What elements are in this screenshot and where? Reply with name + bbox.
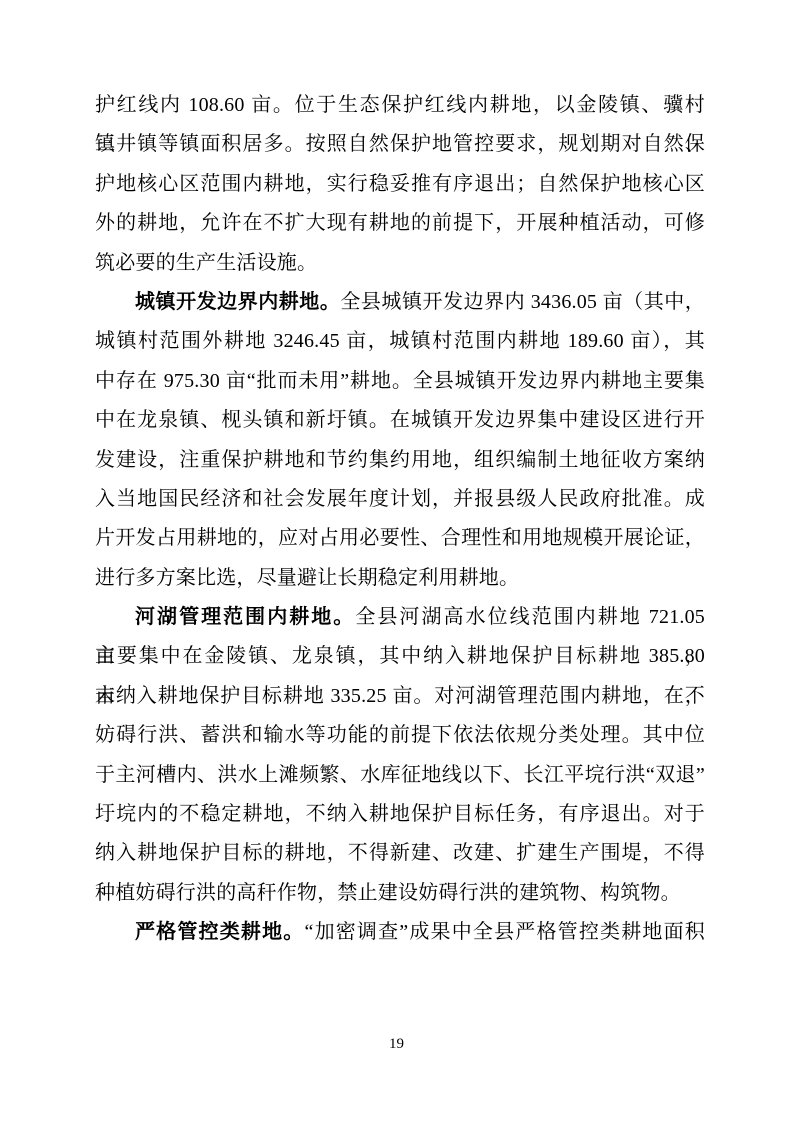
- paragraph-lead-bold: 严格管控类耕地。: [135, 921, 305, 943]
- text-line: 河湖管理范围内耕地。全县河湖高水位线范围内耕地 721.05 亩，: [95, 598, 705, 637]
- paragraph-ecological-protection-redline-continuation: 护红线内 108.60 亩。位于生态保护红线内耕地，以金陵镇、骥村镇、三井镇等镇…: [95, 86, 705, 283]
- text-line: 外的耕地，允许在不扩大现有耕地的前提下，开展种植活动，可修: [95, 204, 705, 243]
- paragraph-urban-development-boundary-farmland: 城镇开发边界内耕地。全县城镇开发边界内 3436.05 亩（其中，城镇村范围外耕…: [95, 283, 705, 598]
- text-line: 于主河槽内、洪水上滩频繁、水库征地线以下、长江平垸行洪“双退”: [95, 756, 705, 795]
- text-line: 主要集中在金陵镇、龙泉镇，其中纳入耕地保护目标耕地 385.80 亩，: [95, 637, 705, 676]
- text-line: 圩垸内的不稳定耕地，不纳入耕地保护目标任务，有序退出。对于: [95, 795, 705, 834]
- text-line: 种植妨碍行洪的高秆作物，禁止建设妨碍行洪的建筑物、构筑物。: [95, 874, 705, 913]
- text-line: 妨碍行洪、蓄洪和输水等功能的前提下依法依规分类处理。其中位: [95, 716, 705, 755]
- page-number: 19: [0, 1033, 793, 1055]
- text-line: 中在龙泉镇、枧头镇和新圩镇。在城镇开发边界集中建设区进行开: [95, 401, 705, 440]
- text-line: 中存在 975.30 亩“批而未用”耕地。全县城镇开发边界内耕地主要集: [95, 362, 705, 401]
- paragraph-river-lake-management-farmland: 河湖管理范围内耕地。全县河湖高水位线范围内耕地 721.05 亩，主要集中在金陵…: [95, 598, 705, 913]
- paragraph-lead-bold: 河湖管理范围内耕地。: [135, 606, 355, 628]
- text-line: 城镇村范围外耕地 3246.45 亩，城镇村范围内耕地 189.60 亩），其: [95, 322, 705, 361]
- text-line: 城镇开发边界内耕地。全县城镇开发边界内 3436.05 亩（其中，: [95, 283, 705, 322]
- paragraph-strict-control-farmland: 严格管控类耕地。“加密调查”成果中全县严格管控类耕地面积: [95, 913, 705, 952]
- text-line: 护地核心区范围内耕地，实行稳妥推有序退出；自然保护地核心区: [95, 165, 705, 204]
- paragraph-lead-bold: 城镇开发边界内耕地。: [135, 291, 340, 313]
- document-body: 护红线内 108.60 亩。位于生态保护红线内耕地，以金陵镇、骥村镇、三井镇等镇…: [95, 86, 705, 953]
- document-page: 护红线内 108.60 亩。位于生态保护红线内耕地，以金陵镇、骥村镇、三井镇等镇…: [0, 0, 793, 1122]
- text-line: 严格管控类耕地。“加密调查”成果中全县严格管控类耕地面积: [95, 913, 705, 952]
- text-line: 片开发占用耕地的，应对占用必要性、合理性和用地规模开展论证，: [95, 519, 705, 558]
- text-line: 筑必要的生产生活设施。: [95, 244, 705, 283]
- text-line: 未纳入耕地保护目标耕地 335.25 亩。对河湖管理范围内耕地，在不: [95, 677, 705, 716]
- text-line: 入当地国民经济和社会发展年度计划，并报县级人民政府批准。成: [95, 480, 705, 519]
- text-line: 护红线内 108.60 亩。位于生态保护红线内耕地，以金陵镇、骥村镇、: [95, 86, 705, 125]
- text-line: 发建设，注重保护耕地和节约集约用地，组织编制土地征收方案纳: [95, 441, 705, 480]
- text-line: 三井镇等镇面积居多。按照自然保护地管控要求，规划期对自然保: [95, 125, 705, 164]
- text-line: 纳入耕地保护目标的耕地，不得新建、改建、扩建生产围堤，不得: [95, 834, 705, 873]
- text-line: 进行多方案比选，尽量避让长期稳定利用耕地。: [95, 559, 705, 598]
